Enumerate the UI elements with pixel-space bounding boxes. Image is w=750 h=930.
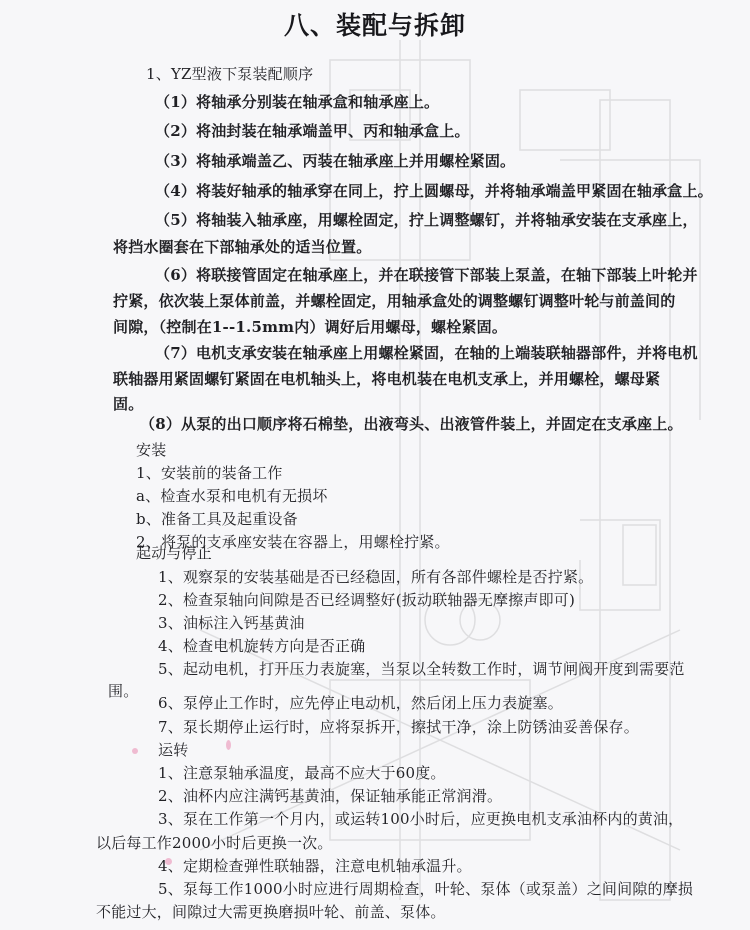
operation-item-4: 4、定期检查弹性联轴器，注意电机轴承温升。 bbox=[158, 855, 472, 876]
operation-item-2: 2、油杯内应注满钙基黄油，保证轴承能正常润滑。 bbox=[158, 785, 502, 806]
assembly-step-6: （6）将联接管固定在轴承座上，并在联接管下部装上泵盖，在轴下部装上叶轮并 bbox=[155, 264, 698, 285]
start-stop-item-6: 6、泵停止工作时，应先停止电动机，然后闭上压力表旋塞。 bbox=[158, 692, 563, 713]
installation-item-a: a、检查水泵和电机有无损坏 bbox=[136, 485, 328, 506]
start-stop-item-4: 4、检查电机旋转方向是否正确 bbox=[158, 635, 365, 656]
operation-item-3-cont: 以后每工作2000小时后更换一次。 bbox=[96, 832, 333, 853]
installation-item-1: 1、安装前的装备工作 bbox=[136, 462, 283, 483]
assembly-step-7-cont-1: 联轴器用紧固螺钉紧固在电机轴头上，将电机装在电机支承上，并用螺栓，螺母紧 bbox=[113, 368, 660, 389]
start-stop-item-3: 3、油标注入钙基黄油 bbox=[158, 612, 305, 633]
assembly-step-7: （7）电机支承安装在轴承座上用螺栓紧固，在轴的上端装联轴器部件，并将电机 bbox=[155, 342, 698, 363]
start-stop-item-5: 5、起动电机，打开压力表旋塞，当泵以全转数工作时，调节闸阀开度到需要范 bbox=[158, 658, 685, 679]
installation-item-b: b、准备工具及起重设备 bbox=[136, 508, 298, 529]
assembly-step-5: （5）将轴装入轴承座，用螺栓固定，拧上调整螺钉，并将轴承安装在支承座上， bbox=[155, 209, 698, 230]
assembly-step-1: （1）将轴承分别装在轴承盒和轴承座上。 bbox=[155, 91, 439, 112]
ink-stain bbox=[226, 740, 231, 750]
start-stop-item-5-cont: 围。 bbox=[108, 680, 138, 701]
ink-stain bbox=[165, 858, 172, 865]
operation-item-1: 1、注意泵轴承温度，最高不应大于60度。 bbox=[158, 762, 446, 783]
start-stop-item-7: 7、泵长期停止运行时，应将泵拆开，擦拭干净，涂上防锈油妥善保存。 bbox=[158, 716, 639, 737]
start-stop-item-1: 1、观察泵的安装基础是否已经稳固，所有各部件螺栓是否拧紧。 bbox=[158, 566, 593, 587]
operation-item-5: 5、泵每工作1000小时应进行周期检查，叶轮、泵体（或泵盖）之间间隙的摩损 bbox=[158, 878, 693, 899]
assembly-step-2: （2）将油封装在轴承端盖甲、丙和轴承盒上。 bbox=[155, 120, 470, 141]
operation-item-5-cont: 不能过大，间隙过大需更换磨损叶轮、前盖、泵体。 bbox=[96, 901, 446, 922]
start-stop-item-2: 2、检查泵轴向间隙是否已经调整好(扳动联轴器无摩擦声即可) bbox=[158, 589, 575, 610]
assembly-step-8: （8）从泵的出口顺序将石棉垫，出液弯头、出液管件装上，并固定在支承座上。 bbox=[140, 413, 683, 434]
section-heading-installation: 安装 bbox=[136, 439, 166, 460]
assembly-step-6-cont-1: 拧紧，依次装上泵体前盖，并螺栓固定，用轴承盒处的调整螺钉调整叶轮与前盖间的 bbox=[113, 290, 675, 311]
section-heading-start-stop: 起动与停止 bbox=[136, 542, 212, 563]
page-title: 八、装配与拆卸 bbox=[0, 6, 750, 42]
assembly-step-6-cont-2: 间隙，（控制在1--1.5mm内）调好后用螺母，螺栓紧固。 bbox=[113, 316, 507, 337]
assembly-step-3: （3）将轴承端盖乙、丙装在轴承座上并用螺栓紧固。 bbox=[155, 150, 515, 171]
assembly-step-7-cont-2: 固。 bbox=[113, 393, 143, 414]
section-heading-operation: 运转 bbox=[158, 739, 188, 760]
section-heading-assembly-order: 1、YZ型液下泵装配顺序 bbox=[146, 63, 313, 84]
ink-stain bbox=[132, 748, 138, 754]
assembly-step-4: （4）将装好轴承的轴承穿在同上，拧上圆螺母，并将轴承端盖甲紧固在轴承盒上。 bbox=[155, 180, 713, 201]
assembly-step-5-cont: 将挡水圈套在下部轴承处的适当位置。 bbox=[113, 236, 371, 257]
document-page: 八、装配与拆卸 1、YZ型液下泵装配顺序 （1）将轴承分别装在轴承盒和轴承座上。… bbox=[0, 0, 750, 930]
operation-item-3: 3、泵在工作第一个月内，或运转100小时后，应更换电机支承油杯内的黄油， bbox=[158, 808, 683, 829]
